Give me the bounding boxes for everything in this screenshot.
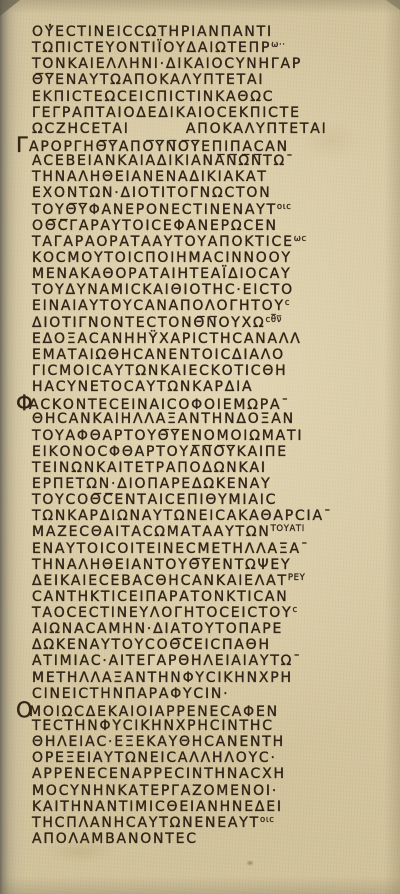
line-text: ΤΟΥΑΦΘΑΡΤΟΥΘ̅Υ̅ΕΝΟΜΟΙΩΜΑΤΙ xyxy=(32,428,303,444)
superscript-letters: ω·· xyxy=(271,40,285,50)
text-line: ΑΤΙΜΙΑϹ·ΑΙΤΕΓΑΡΘΗΛΕΙΑΙΑΥΤΩ¯ xyxy=(32,653,392,669)
ink-spot xyxy=(246,860,254,866)
text-line: ΗΑϹΥΝΕΤΟϹΑΥΤΩΝΚΑΡΔΙΑ xyxy=(32,379,392,395)
line-text: ΘΗϹΑΝΚΑΙΗΛΛΑΞΑΝΤΗΝΔΟΞΑΝ xyxy=(32,411,295,427)
text-line: ΤΕϹΤΗΝΦΥϹΙΚΗΝΧΡΗϹΙΝΤΗϹ xyxy=(32,718,392,734)
line-text: ΗΑϹΥΝΕΤΟϹΑΥΤΩΝΚΑΡΔΙΑ xyxy=(32,379,253,395)
text-line: Θ̅Υ̅ΕΝΑΥΤΩΑΠΟΚΑΛΥΠΤΕΤΑΙ xyxy=(32,72,392,88)
line-text: ΑΤΙΜΙΑϹ·ΑΙΤΕΓΑΡΘΗΛΕΙΑΙΑΥΤΩ¯ xyxy=(32,653,302,669)
enlarged-initial: Φ xyxy=(16,395,29,411)
text-line: ΘΗΛΕΙΑϹ·ΕΞΕΚΑΥΘΗϹΑΝΕΝΤΗ xyxy=(32,734,392,750)
text-line: ΟΜΟΙΩϹΔΕΚΑΙΟΙΑΡΡΕΝΕϹΑΦΕΝ xyxy=(32,702,392,718)
text-line: ΜΕΝΑΚΑΘΟΡΑΤΑΙΗΤΕΑΪΔΙΟϹΑΥ xyxy=(32,266,392,282)
text-line: ΤΩΝΚΑΡΔΙΩΝΑΥΤΩΝΕΙϹΑΚΑΘΑΡϹΙΑ¯ xyxy=(32,508,392,524)
line-text: ΤΟΝΚΑΙΕΛΛΗΝΙ·ΔΙΚΑΙΟϹΥΝΗΓΑΡ xyxy=(32,56,302,72)
line-text: ΤΑΟϹΕϹΤΙΝΕΥΛΟΓΗΤΟϹΕΙϹΤΟΥ xyxy=(32,605,292,621)
line-text: ΤΩΠΙϹΤΕΥΟΝΤΙΪΟΥΔΑΙΩΤΕΠΡ xyxy=(32,40,271,56)
text-line: ΕΜΑΤΑΙΩΘΗϹΑΝΕΝΤΟΙϹΔΙΑΛΟ xyxy=(32,347,392,363)
manuscript-page: ΟΥ̓ΕϹΤΙΝΕΙϹϹΩΤΗΡΙΑΝΠΑΝΤΙΤΩΠΙϹΤΕΥΟΝΤΙΪΟΥΔ… xyxy=(0,0,400,894)
line-text: ΑΡΡΕΝΕϹΕΝΑΡΡΕϹΙΝΤΗΝΑϹΧΗ xyxy=(32,766,286,782)
text-line: ΟΥ̓ΕϹΤΙΝΕΙϹϹΩΤΗΡΙΑΝΠΑΝΤΙ xyxy=(32,24,392,40)
text-line: ϹΙΝΕΙϹΤΗΝΠΑΡΑΦΥϹΙΝ· xyxy=(32,686,392,702)
text-line: ΜΕΤΗΛΛΑΞΑΝΤΗΝΦΥϹΙΚΗΝΧΡΗ xyxy=(32,670,392,686)
line-text: ΟΥ̓ΕϹΤΙΝΕΙϹϹΩΤΗΡΙΑΝΠΑΝΤΙ xyxy=(32,24,273,40)
text-line: ΓΕΓΡΑΠΤΑΙΟΔΕΔΙΚΑΙΟϹΕΚΠΙϹΤΕ xyxy=(32,105,392,121)
text-line: ΕΚΠΙϹΤΕΩϹΕΙϹΠΙϹΤΙΝΚΑΘΩϹ xyxy=(32,89,392,105)
corner-shadow-top-right xyxy=(386,0,400,10)
line-text: ΚΟϹΜΟΥΤΟΙϹΠΟΙΗΜΑϹΙΝΝΟΟΥ xyxy=(32,250,292,266)
text-line: ΩϹΖΗϹΕΤΑΙ ΑΠΟΚΑΛΥΠΤΕΤΑΙ xyxy=(32,121,392,137)
text-line: ΟΡΕΞΕΙΑΥΤΩΝΕΙϹΑΛΛΗΛΟΥϹ· xyxy=(32,750,392,766)
text-line: ΤΑΓΑΡΑΟΡΑΤΑΑΥΤΟΥΑΠΟΚΤΙϹΕωϲ xyxy=(32,234,392,250)
line-text: ΑΙΩΝΑϹΑΜΗΝ·ΔΙΑΤΟΥΤΟΠΑΡΕ xyxy=(32,621,283,637)
text-line: ΤΕΙΝΩΝΚΑΙΤΕΤΡΑΠΟΔΩΝΚΑΙ xyxy=(32,460,392,476)
text-line: ΤΩΠΙϹΤΕΥΟΝΤΙΪΟΥΔΑΙΩΤΕΠΡω·· xyxy=(32,40,392,56)
superscript-letters: οιϲ xyxy=(277,202,292,212)
superscript-letters: ϲθ̅ν̅ xyxy=(266,315,282,325)
text-line: ΔΩΚΕΝΑΥΤΟΥϹΟΘ̅Ϲ̅ΕΙϹΠΑΘΗ xyxy=(32,637,392,653)
line-text: ΤΗΝΑΛΗΘΕΙΑΝΕΝΑΔΙΚΙΑΚΑΤ xyxy=(32,169,268,185)
text-line: ΤΗΝΑΛΗΘΕΙΑΝΕΝΑΔΙΚΙΑΚΑΤ xyxy=(32,169,392,185)
line-text: ΕΙΝΑΙΑΥΤΟΥϹΑΝΑΠΟΛΟΓΗΤΟΥ xyxy=(32,298,285,314)
line-text: ΤΩΝΚΑΡΔΙΩΝΑΥΤΩΝΕΙϹΑΚΑΘΑΡϹΙΑ¯ xyxy=(32,508,333,524)
line-text: ΤΟΥΘ̅Υ̅ΦΑΝΕΡΟΝΕϹΤΙΝΕΝΑΥΤ xyxy=(32,202,277,218)
text-line: ΜΟϹΥΝΗΝΚΑΤΕΡΓΑΖΟΜΕΝΟΙ· xyxy=(32,783,392,799)
text-line: ΕΙΚΟΝΟϹΦΘΑΡΤΟΥΑ̅Ν̅Ο̅Υ̅ΚΑΙΠΕ xyxy=(32,444,392,460)
line-text: ΟΘ̅Ϲ̅ΓΑΡΑΥΤΟΙϹΕΦΑΝΕΡΩϹΕΝ xyxy=(32,218,278,234)
text-line: ΔΙΟΤΙΓΝΟΝΤΕϹΤΟΝΘ̅Ν̅ΟΥΧΩϲθ̅ν̅ xyxy=(32,315,392,331)
line-text: ΓΕΓΡΑΠΤΑΙΟΔΕΔΙΚΑΙΟϹΕΚΠΙϹΤΕ xyxy=(32,105,301,121)
text-line: ΤΟΥϹΟΘ̅Ϲ̅ΕΝΤΑΙϹΕΠΙΘΥΜΙΑΙϹ xyxy=(32,492,392,508)
line-text: ΕΚΠΙϹΤΕΩϹΕΙϹΠΙϹΤΙΝΚΑΘΩϹ xyxy=(32,89,274,105)
text-line: ΜΑΖΕϹΘΑΙΤΑϹΩΜΑΤΑΑΥΤΩΝΤΟΥΑΤΙ xyxy=(32,524,392,540)
text-line: ΤΟΝΚΑΙΕΛΛΗΝΙ·ΔΙΚΑΙΟϹΥΝΗΓΑΡ xyxy=(32,56,392,72)
superscript-letters: ϲ xyxy=(285,298,290,308)
line-text: ΤΗΝΑΛΗΘΕΙΑΝΤΟΥΘ̅Υ̅ΕΝΤΩΨΕΥ xyxy=(32,557,291,573)
line-text: ΔΕΙΚΑΙΕϹΕΒΑϹΘΗϹΑΝΚΑΙΕΛΑΤ xyxy=(32,573,288,589)
page-edge-shadow-bottom xyxy=(0,876,400,894)
corner-shadow-top-left xyxy=(0,0,20,16)
enlarged-initial: Ο xyxy=(16,702,29,718)
line-text: ΤΑΓΑΡΑΟΡΑΤΑΑΥΤΟΥΑΠΟΚΤΙϹΕ xyxy=(32,234,294,250)
page-edge-shadow-top xyxy=(0,0,400,14)
line-text: Θ̅Υ̅ΕΝΑΥΤΩΑΠΟΚΑΛΥΠΤΕΤΑΙ xyxy=(32,72,264,88)
line-text: ΕΧΟΝΤΩΝ·ΔΙΟΤΙΤΟΓΝΩϹΤΟΝ xyxy=(32,185,271,201)
text-line: ΑΡΡΕΝΕϹΕΝΑΡΡΕϹΙΝΤΗΝΑϹΧΗ xyxy=(32,766,392,782)
text-line: ΚΟϹΜΟΥΤΟΙϹΠΟΙΗΜΑϹΙΝΝΟΟΥ xyxy=(32,250,392,266)
line-text: ΩϹΖΗϹΕΤΑΙ ΑΠΟΚΑΛΥΠΤΕΤΑΙ xyxy=(32,121,328,137)
line-text: ΜΑΖΕϹΘΑΙΤΑϹΩΜΑΤΑΑΥΤΩΝ xyxy=(32,524,271,540)
line-text: ΕΔΟΞΑϹΑΝΗΗΫΧΑΡΙϹΤΗϹΑΝΑΛΛ xyxy=(32,331,302,347)
text-line: ΓΙϹΜΟΙϹΑΥΤΩΝΚΑΙΕϹΚΟΤΙϹΘΗ xyxy=(32,363,392,379)
line-text: ΤΟΥΔΥΝΑΜΙϹΚΑΙΘΙΟΤΗϹ·ΕΙϹΤΟ xyxy=(32,282,294,298)
line-text: ΑΠΟΛΑΜΒΑΝΟΝΤΕϹ xyxy=(32,831,198,847)
text-line: ΚΑΙΤΗΝΑΝΤΙΜΙϹΘΕΙΑΝΗΝΕΔΕΙ xyxy=(32,799,392,815)
line-text: ΓΙϹΜΟΙϹΑΥΤΩΝΚΑΙΕϹΚΟΤΙϹΘΗ xyxy=(32,363,287,379)
superscript-letters: ϲ xyxy=(292,605,297,615)
text-column: ΟΥ̓ΕϹΤΙΝΕΙϹϹΩΤΗΡΙΑΝΠΑΝΤΙΤΩΠΙϹΤΕΥΟΝΤΙΪΟΥΔ… xyxy=(32,24,392,847)
text-line: ΕΡΠΕΤΩΝ·ΔΙΟΠΑΡΕΔΩΚΕΝΑΥ xyxy=(32,476,392,492)
line-text: ΤΕϹΤΗΝΦΥϹΙΚΗΝΧΡΗϹΙΝΤΗϹ xyxy=(32,718,274,734)
text-line: ΤΟΥΑΦΘΑΡΤΟΥΘ̅Υ̅ΕΝΟΜΟΙΩΜΑΤΙ xyxy=(32,428,392,444)
text-line: ΤΟΥΘ̅Υ̅ΦΑΝΕΡΟΝΕϹΤΙΝΕΝΑΥΤοιϲ xyxy=(32,202,392,218)
line-text: ΘΗΛΕΙΑϹ·ΕΞΕΚΑΥΘΗϹΑΝΕΝΤΗ xyxy=(32,734,285,750)
enlarged-initial: Γ xyxy=(16,137,29,153)
line-text: ΟΡΕΞΕΙΑΥΤΩΝΕΙϹΑΛΛΗΛΟΥϹ· xyxy=(32,750,277,766)
line-text: ΜΕΤΗΛΛΑΞΑΝΤΗΝΦΥϹΙΚΗΝΧΡΗ xyxy=(32,670,293,686)
line-text: ΤΟΥϹΟΘ̅Ϲ̅ΕΝΤΑΙϹΕΠΙΘΥΜΙΑΙϹ xyxy=(32,492,277,508)
line-text: ΑϹΕΒΕΙΑΝΚΑΙΑΔΙΚΙΑΝΑ̅Ν̅Ω̅Ν̅ΤΩ¯ xyxy=(32,153,295,169)
text-line: ΤΗΝΑΛΗΘΕΙΑΝΤΟΥΘ̅Υ̅ΕΝΤΩΨΕΥ xyxy=(32,557,392,573)
text-line: ΕΝΑΥΤΟΙϹΟΙΤΕΙΝΕϹΜΕΤΗΛΛΑΞΑ¯ xyxy=(32,541,392,557)
text-line: ΔΕΙΚΑΙΕϹΕΒΑϹΘΗϹΑΝΚΑΙΕΛΑΤΡΕΥ xyxy=(32,573,392,589)
line-text: ΜΕΝΑΚΑΘΟΡΑΤΑΙΗΤΕΑΪΔΙΟϹΑΥ xyxy=(32,266,292,282)
line-text: ΔΙΟΤΙΓΝΟΝΤΕϹΤΟΝΘ̅Ν̅ΟΥΧΩ xyxy=(32,315,266,331)
superscript-letters: οιϲ xyxy=(260,815,275,825)
superscript-letters: ωϲ xyxy=(294,234,307,244)
line-text: ΤΕΙΝΩΝΚΑΙΤΕΤΡΑΠΟΔΩΝΚΑΙ xyxy=(32,460,267,476)
line-text: ΕΜΑΤΑΙΩΘΗϹΑΝΕΝΤΟΙϹΔΙΑΛΟ xyxy=(32,347,285,363)
line-text: ϹΙΝΕΙϹΤΗΝΠΑΡΑΦΥϹΙΝ· xyxy=(32,686,229,702)
line-text: ΕΡΠΕΤΩΝ·ΔΙΟΠΑΡΕΔΩΚΕΝΑΥ xyxy=(32,476,271,492)
line-text: ΜΟϹΥΝΗΝΚΑΤΕΡΓΑΖΟΜΕΝΟΙ· xyxy=(32,783,278,799)
line-text: ΔΩΚΕΝΑΥΤΟΥϹΟΘ̅Ϲ̅ΕΙϹΠΑΘΗ xyxy=(32,637,271,653)
text-line: ΑΙΩΝΑϹΑΜΗΝ·ΔΙΑΤΟΥΤΟΠΑΡΕ xyxy=(32,621,392,637)
line-text: ΚΑΙΤΗΝΑΝΤΙΜΙϹΘΕΙΑΝΗΝΕΔΕΙ xyxy=(32,799,283,815)
superscript-letters: ΡΕΥ xyxy=(288,573,306,583)
text-line: ΤΑΟϹΕϹΤΙΝΕΥΛΟΓΗΤΟϹΕΙϹΤΟΥϲ xyxy=(32,605,392,621)
text-line: ΤΗϹΠΛΑΝΗϹΑΥΤΩΝΕΝΕΑΥΤοιϲ xyxy=(32,815,392,831)
text-line: ΤΟΥΔΥΝΑΜΙϹΚΑΙΘΙΟΤΗϹ·ΕΙϹΤΟ xyxy=(32,282,392,298)
line-text: ΕΙΚΟΝΟϹΦΘΑΡΤΟΥΑ̅Ν̅Ο̅Υ̅ΚΑΙΠΕ xyxy=(32,444,288,460)
line-text: ϹΑΝΤΗΚΤΙϹΕΙΠΑΡΑΤΟΝΚΤΙϹΑΝ xyxy=(32,589,289,605)
text-line: ΑΠΟΛΑΜΒΑΝΟΝΤΕϹ xyxy=(32,831,392,847)
text-line: ϹΑΝΤΗΚΤΙϹΕΙΠΑΡΑΤΟΝΚΤΙϹΑΝ xyxy=(32,589,392,605)
text-line: ΑϹΕΒΕΙΑΝΚΑΙΑΔΙΚΙΑΝΑ̅Ν̅Ω̅Ν̅ΤΩ¯ xyxy=(32,153,392,169)
text-line: ΘΗϹΑΝΚΑΙΗΛΛΑΞΑΝΤΗΝΔΟΞΑΝ xyxy=(32,411,392,427)
text-line: ΟΘ̅Ϲ̅ΓΑΡΑΥΤΟΙϹΕΦΑΝΕΡΩϹΕΝ xyxy=(32,218,392,234)
line-text: ΤΗϹΠΛΑΝΗϹΑΥΤΩΝΕΝΕΑΥΤ xyxy=(32,815,260,831)
text-line: ΕΧΟΝΤΩΝ·ΔΙΟΤΙΤΟΓΝΩϹΤΟΝ xyxy=(32,185,392,201)
text-line: ΓΑΡΟΡΓΗΘ̅Υ̅ΑΠΟ̅Υ̅Ν̅Ο̅Υ̅ΕΠΙΠΑϹΑΝ xyxy=(32,137,392,153)
superscript-letters: ΤΟΥΑΤΙ xyxy=(271,524,305,534)
text-line: ΕΙΝΑΙΑΥΤΟΥϹΑΝΑΠΟΛΟΓΗΤΟΥϲ xyxy=(32,298,392,314)
text-line: ΕΔΟΞΑϹΑΝΗΗΫΧΑΡΙϹΤΗϹΑΝΑΛΛ xyxy=(32,331,392,347)
line-text: ΕΝΑΥΤΟΙϹΟΙΤΕΙΝΕϹΜΕΤΗΛΛΑΞΑ¯ xyxy=(32,541,310,557)
text-line: ΦΑϹΚΟΝΤΕϹΕΙΝΑΙϹΟΦΟΙΕΜΩΡΑ¯ xyxy=(32,395,392,411)
